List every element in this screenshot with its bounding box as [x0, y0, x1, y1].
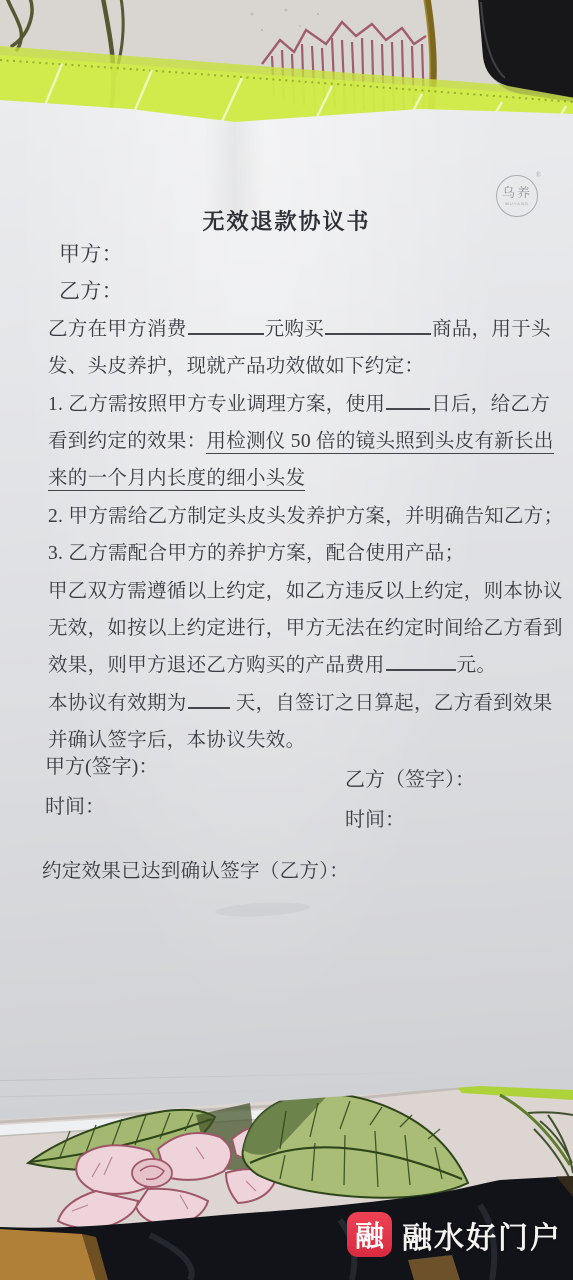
doc-line: 看到约定的效果：用检测仪 50 倍的镜头照到头皮有新长出 [0, 423, 573, 460]
paper-crease [0, 1090, 300, 1098]
app-name: 融水好门户 [402, 1213, 562, 1257]
doc-line: 本协议有效期为 天，自签订之日算起，乙方看到效果 [0, 685, 573, 722]
doc-text: 商品，用于头 [432, 319, 551, 340]
doc-lines: 甲方：乙方：乙方在甲方消费元购买商品，用于头发、头皮养护，现就产品功效做如下约定… [0, 236, 573, 759]
doc-line: 甲方： [0, 236, 573, 273]
fill-in-blank [188, 688, 230, 709]
wood-left [0, 1229, 96, 1280]
photo-of-document: ® 乌养 WUYANG 无效退款协议书 甲方：乙方：乙方在甲方消费元购买商品，用… [0, 0, 573, 1280]
doc-text: 无效，如按以上约定进行，甲方无法在约定时间给乙方看到 [48, 618, 563, 639]
doc-line: 3. 乙方需配合甲方的养护方案，配合使用产品； [0, 535, 573, 572]
fill-in-blank [325, 314, 431, 335]
party-b-sign-label: 乙方（签字）： [345, 760, 573, 800]
doc-text: 乙方： [59, 279, 123, 303]
party-a-sign-label: 甲方(签字)： [0, 747, 345, 787]
app-watermark: 融 融水好门户 [347, 1212, 562, 1257]
doc-line: 1. 乙方需按照甲方专业调理方案，使用日后，给乙方 [0, 386, 573, 423]
doc-text-underlined: 用检测仪 50 倍的镜头照到头皮有新长出 [206, 431, 553, 454]
ink-showthrough [215, 901, 311, 919]
doc-line: 发、头皮养护，现就产品功效做如下约定： [0, 348, 573, 385]
doc-text: 甲方： [59, 242, 123, 266]
doc-text: 甲乙双方需遵循以上约定，如乙方违反以上约定，则本协议 [48, 581, 563, 602]
doc-text: 元。 [457, 655, 497, 676]
signature-row: 甲方(签字)： 乙方（签字）： [0, 747, 573, 787]
doc-text: 日后，给乙方 [431, 394, 550, 415]
doc-text: 2. 甲方需给乙方制定头皮头发养护方案，并明确告知乙方； [48, 506, 563, 527]
signature-block: 甲方(签字)： 乙方（签字）： 时间： 时间： 约定效果已达到确认签字（乙方）： [0, 747, 573, 892]
doc-line: 来的一个月内长度的细小头发 [0, 460, 573, 497]
doc-line: 乙方在甲方消费元购买商品，用于头 [0, 311, 573, 348]
doc-text: 1. 乙方需按照甲方专业调理方案，使用 [48, 394, 385, 415]
fill-in-blank [386, 389, 430, 410]
doc-text: 本协议有效期为 [48, 693, 187, 714]
doc-text: 看到约定的效果： [48, 431, 206, 452]
doc-text: 元购买 [265, 319, 324, 340]
party-a-date-label: 时间： [0, 787, 345, 827]
registered-trademark-mark: ® [536, 171, 541, 179]
effect-confirm-label: 约定效果已达到确认签字（乙方）： [0, 852, 573, 892]
doc-line: 甲乙双方需遵循以上约定，如乙方违反以上约定，则本协议 [0, 573, 573, 610]
doc-text: 3. 乙方需配合甲方的养护方案，配合使用产品； [48, 543, 464, 564]
doc-text: 天，自签订之日算起，乙方看到效果 [231, 693, 553, 714]
doc-text-underlined: 来的一个月内长度的细小头发 [48, 468, 305, 491]
doc-text: 效果，则甲方退还乙方购买的产品费用 [48, 655, 385, 676]
doc-text: 发、头皮养护，现就产品功效做如下约定： [48, 356, 424, 377]
doc-line: 乙方： [0, 273, 573, 310]
fill-in-blank [188, 314, 264, 335]
fill-in-blank [386, 651, 456, 672]
party-b-date-label: 时间： [345, 800, 573, 840]
doc-text: 乙方在甲方消费 [48, 319, 187, 340]
paper-crease [0, 1072, 430, 1081]
seal-brand-name: 乌养 [502, 186, 532, 200]
document-title: 无效退款协议书 [0, 205, 573, 236]
doc-line: 2. 甲方需给乙方制定头皮头发养护方案，并明确告知乙方； [0, 498, 573, 535]
doc-line: 无效，如按以上约定进行，甲方无法在约定时间给乙方看到 [0, 610, 573, 647]
doc-line: 效果，则甲方退还乙方购买的产品费用元。 [0, 647, 573, 684]
app-logo-icon: 融 [347, 1212, 392, 1257]
